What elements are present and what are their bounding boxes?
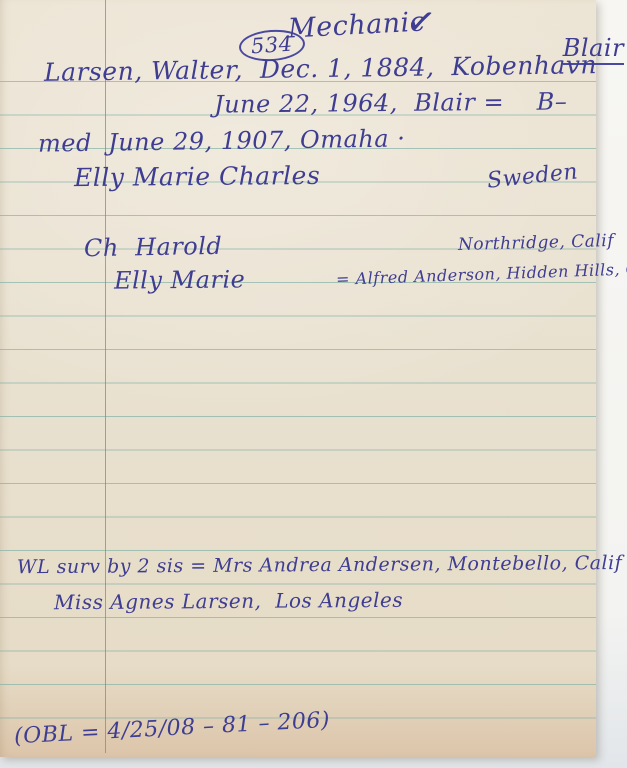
marriage-line: med June 29, 1907, Omaha · [38, 124, 406, 157]
margin-line [105, 0, 106, 753]
survivors-line-1: WL surv by 2 sis = Mrs Andrea Andersen, … [17, 552, 627, 578]
scanned-page: 534 Mechanic ✓ Blair Larsen, Walter, Dec… [0, 0, 627, 768]
check-mark-icon: ✓ [403, 0, 439, 45]
children-line: Ch Harold [84, 232, 223, 262]
child1-residence: Northridge, Calif [458, 231, 615, 255]
survivors-line-2: Miss Agnes Larsen, Los Angeles [54, 588, 403, 614]
spouse-name-line: Elly Marie Charles [74, 161, 320, 192]
child2-name: Elly Marie [114, 265, 246, 294]
death-line: June 22, 1964, Blair = B– [214, 87, 568, 118]
notebook-paper: 534 Mechanic ✓ Blair Larsen, Walter, Dec… [0, 0, 596, 757]
